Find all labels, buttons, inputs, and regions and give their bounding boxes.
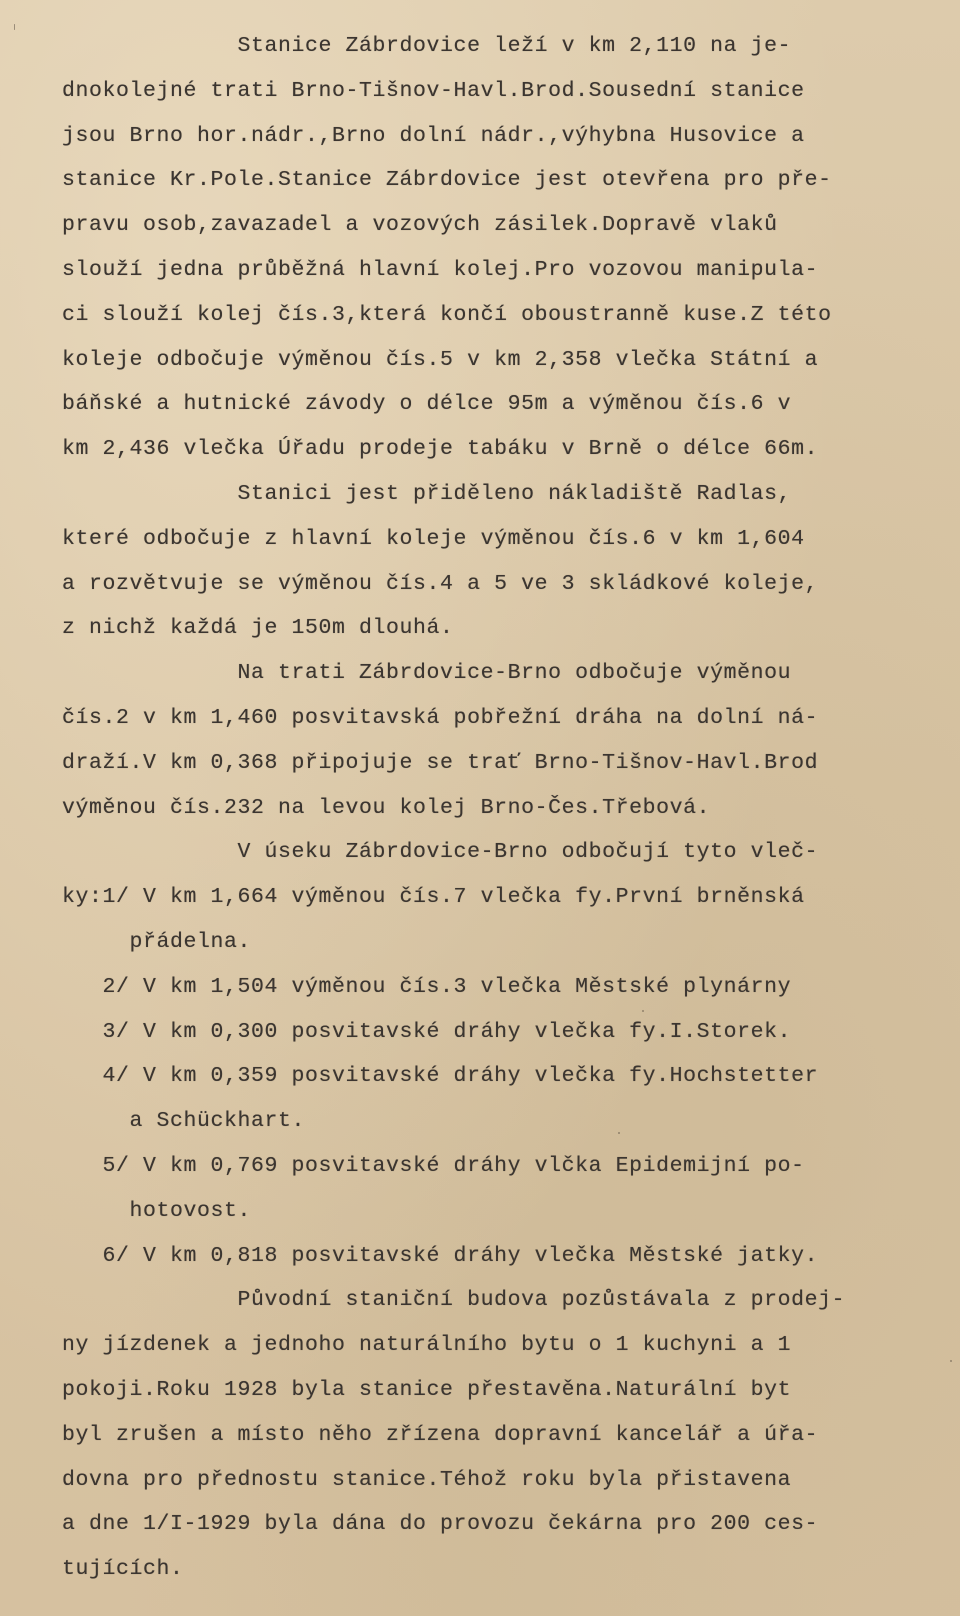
text-line: stanice Kr.Pole.Stanice Zábrdovice jest …: [62, 170, 832, 192]
text-line: báňské a hutnické závody o délce 95m a v…: [62, 394, 791, 416]
text-line: a Schückhart.: [62, 1111, 305, 1133]
text-line: dnokolejné trati Brno-Tišnov-Havl.Brod.S…: [62, 81, 805, 103]
text-line: koleje odbočuje výměnou čís.5 v km 2,358…: [62, 350, 818, 372]
text-line: tujících.: [62, 1559, 184, 1581]
text-line: 4/ V km 0,359 posvitavské dráhy vlečka f…: [62, 1066, 818, 1088]
text-line: jsou Brno hor.nádr.,Brno dolní nádr.,výh…: [62, 126, 805, 148]
text-line: které odbočuje z hlavní koleje výměnou č…: [62, 529, 805, 551]
scanned-typewritten-page: Stanice Zábrdovice leží v km 2,110 na je…: [0, 0, 960, 1616]
text-line: slouží jedna průběžná hlavní kolej.Pro v…: [62, 260, 818, 282]
text-line: pravu osob,zavazadel a vozových zásilek.…: [62, 215, 778, 237]
text-line: a dne 1/I-1929 byla dána do provozu čeká…: [62, 1514, 818, 1536]
text-line: a rozvětvuje se výměnou čís.4 a 5 ve 3 s…: [62, 574, 818, 596]
text-line: 3/ V km 0,300 posvitavské dráhy vlečka f…: [62, 1022, 791, 1044]
text-line: draží.V km 0,368 připojuje se trať Brno-…: [62, 753, 818, 775]
text-line: Původní staniční budova pozůstávala z pr…: [62, 1290, 845, 1312]
text-line: čís.2 v km 1,460 posvitavská pobřežní dr…: [62, 708, 818, 730]
scan-speck: [642, 1010, 644, 1012]
text-line: 2/ V km 1,504 výměnou čís.3 vlečka Městs…: [62, 977, 791, 999]
text-line: výměnou čís.232 na levou kolej Brno-Čes.…: [62, 798, 710, 820]
text-line: dovna pro přednostu stanice.Téhož roku b…: [62, 1470, 791, 1492]
text-line: Stanici jest přiděleno nákladiště Radlas…: [62, 484, 791, 506]
scan-speck: [618, 1132, 620, 1134]
text-line: ny jízdenek a jednoho naturálního bytu o…: [62, 1335, 791, 1357]
text-line: Na trati Zábrdovice-Brno odbočuje výměno…: [62, 663, 791, 685]
text-line: km 2,436 vlečka Úřadu prodeje tabáku v B…: [62, 439, 818, 461]
text-line: pokoji.Roku 1928 byla stanice přestavěna…: [62, 1380, 791, 1402]
text-line: V úseku Zábrdovice-Brno odbočují tyto vl…: [62, 842, 818, 864]
scan-speck: [14, 24, 15, 30]
text-line: hotovost.: [62, 1201, 251, 1223]
text-line: 6/ V km 0,818 posvitavské dráhy vlečka M…: [62, 1246, 818, 1268]
text-line: Stanice Zábrdovice leží v km 2,110 na je…: [62, 36, 791, 58]
text-line: 5/ V km 0,769 posvitavské dráhy vlčka Ep…: [62, 1156, 805, 1178]
text-line: přádelna.: [62, 932, 251, 954]
text-line: ci slouží kolej čís.3,která končí oboust…: [62, 305, 832, 327]
text-line: ky:1/ V km 1,664 výměnou čís.7 vlečka fy…: [62, 887, 805, 909]
text-line: byl zrušen a místo něho zřízena dopravní…: [62, 1425, 818, 1447]
scan-speck: [950, 1360, 952, 1362]
text-line: z nichž každá je 150m dlouhá.: [62, 618, 454, 640]
